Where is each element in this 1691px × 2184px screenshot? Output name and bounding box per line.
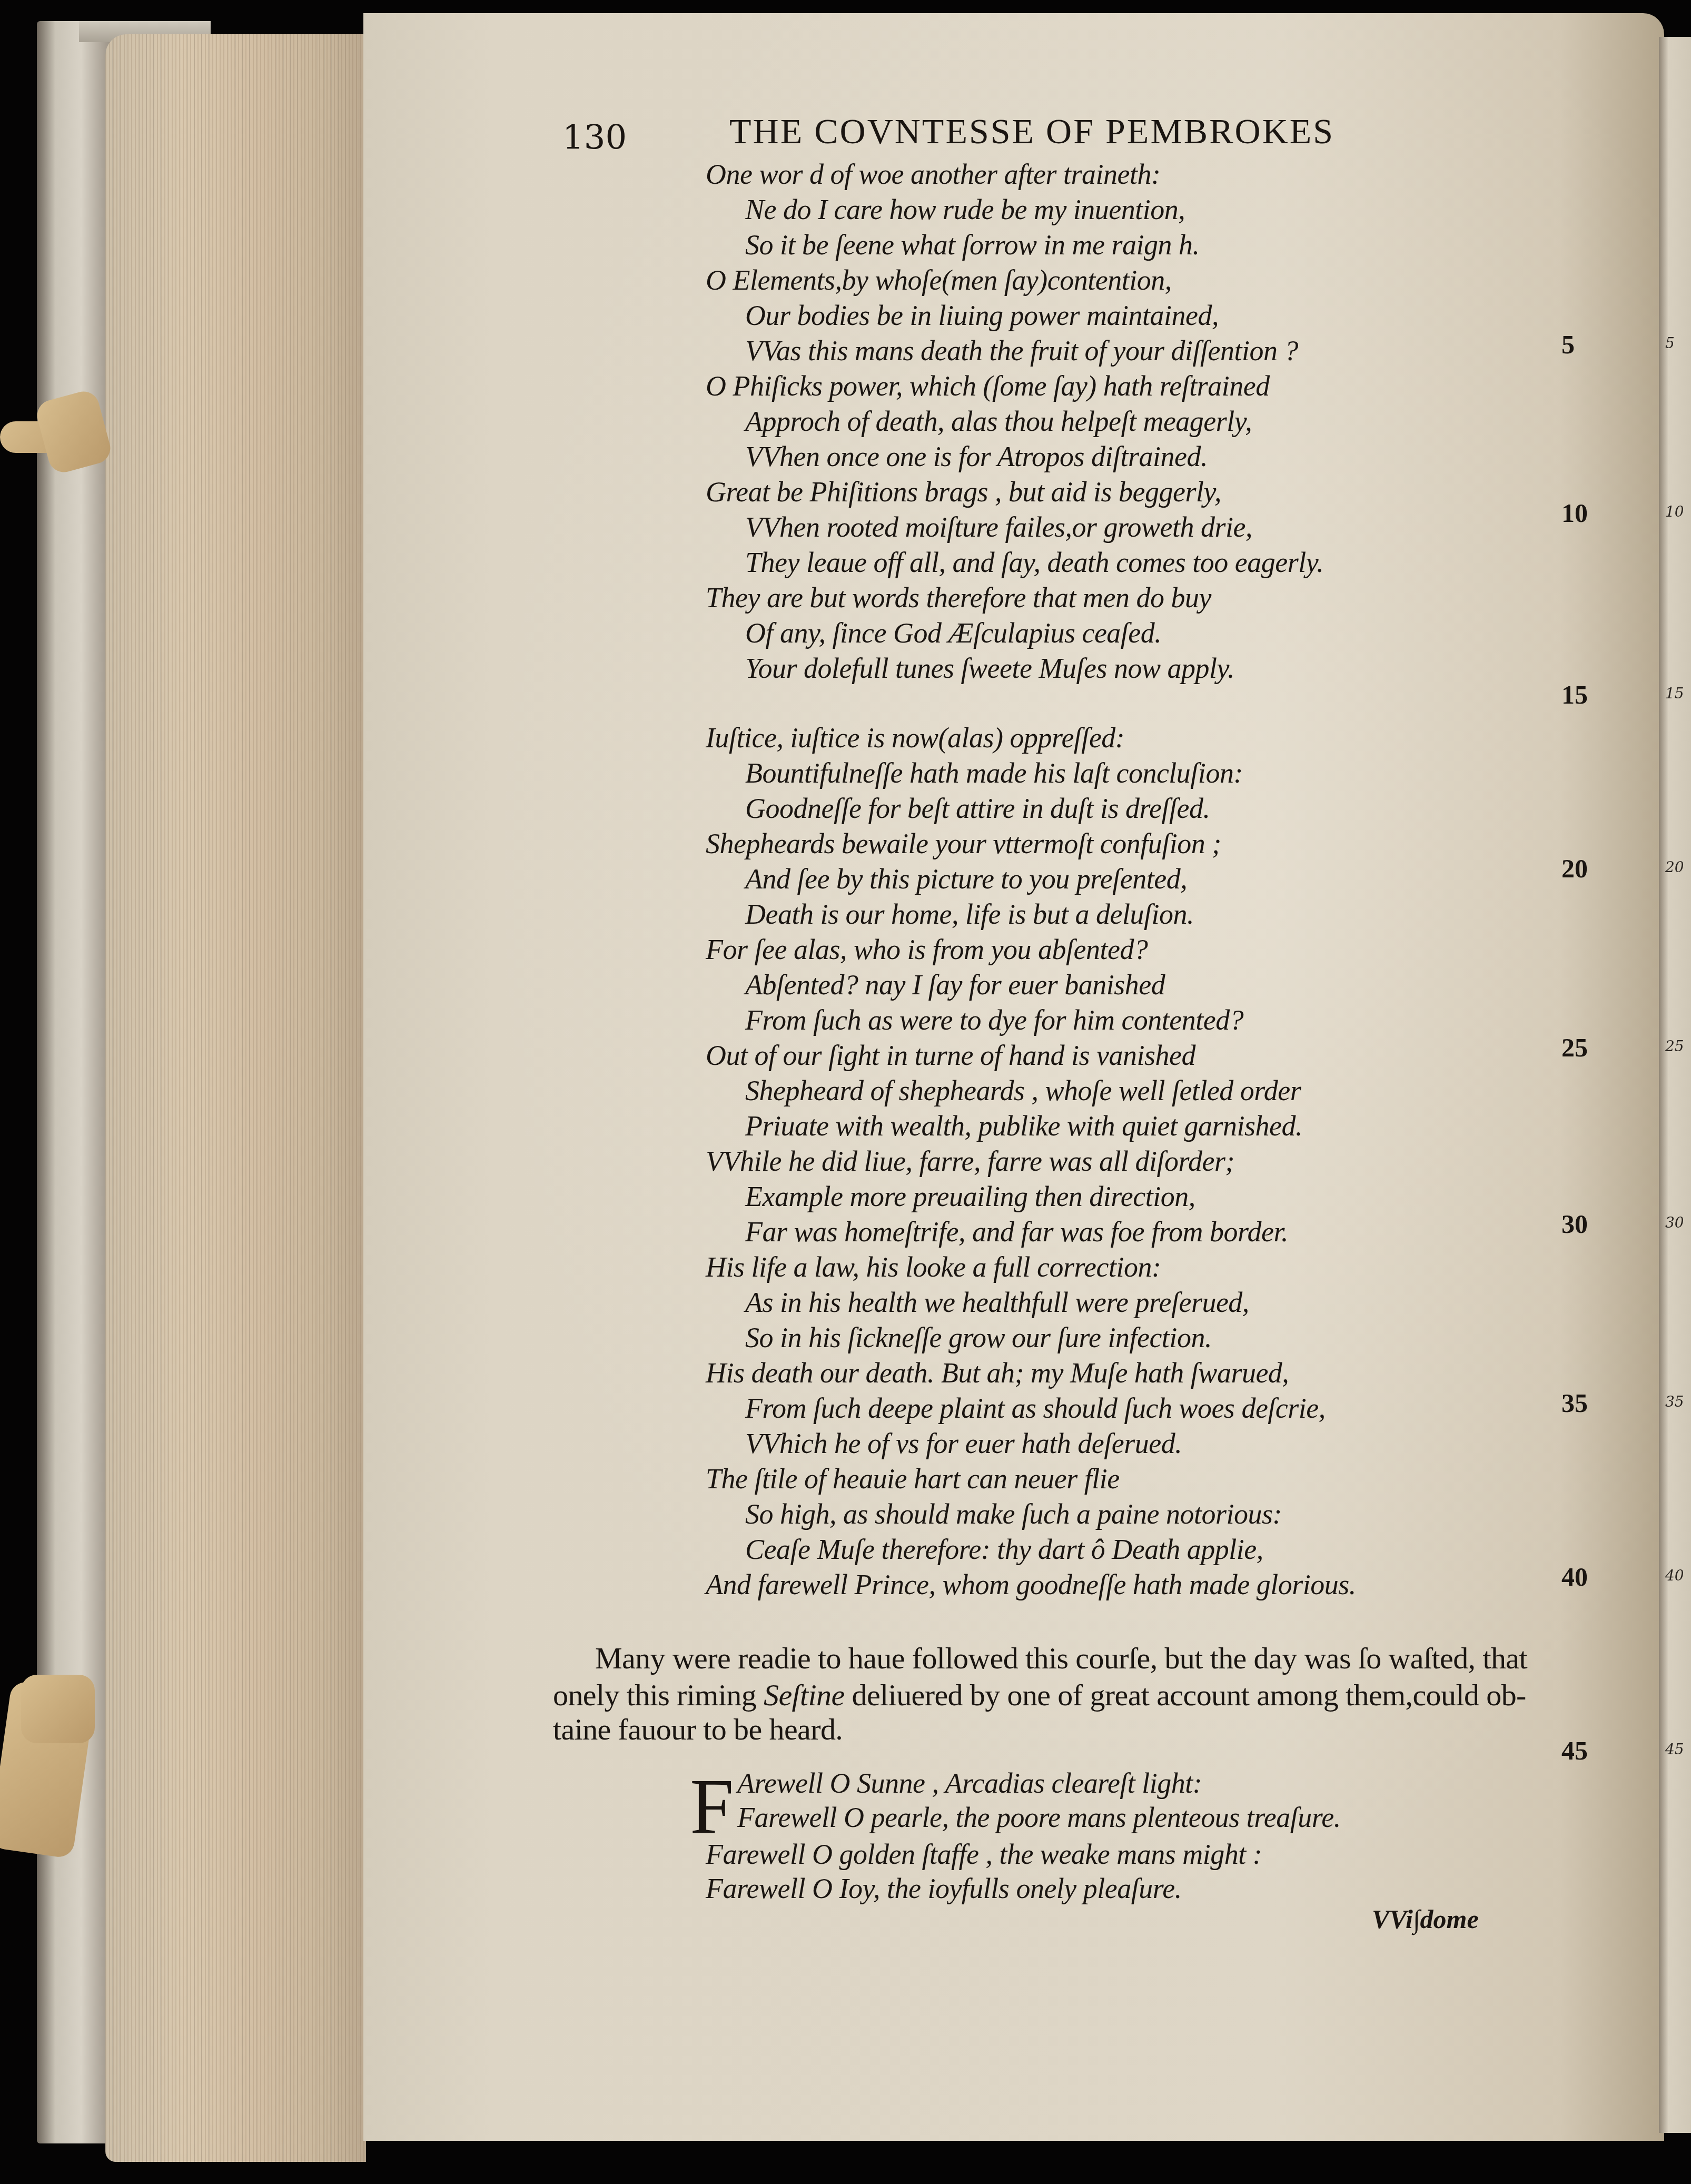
verse-line: Great be Phiſitions brags , but aid is b… <box>706 476 1221 508</box>
next-page-line-number: 30 <box>1665 1214 1684 1231</box>
next-page-line-number: 35 <box>1665 1393 1684 1410</box>
verse-line: The ſtile of heauie hart can neuer flie <box>706 1462 1120 1495</box>
next-page-edge <box>1659 37 1691 2133</box>
prose-line-1: Many were readie to haue followed this c… <box>595 1641 1527 1676</box>
verse-line: And ſee by this picture to you preſented… <box>745 863 1187 895</box>
prose-line-2-start: onely this riming <box>553 1678 764 1712</box>
catchword: VVi∫dome <box>1372 1904 1479 1934</box>
verse-line: Goodneſſe for beſt attire in duſt is dre… <box>745 792 1210 825</box>
sestine-line: Farewell O Ioy, the ioyfulls onely pleaſ… <box>706 1872 1182 1905</box>
verse-line: So high, as should make ſuch a paine not… <box>745 1498 1282 1530</box>
sestine-line: Arewell O Sunne , Arcadias cleareſt ligh… <box>737 1767 1202 1800</box>
verse-line: One wor d of woe another after traineth: <box>706 158 1160 191</box>
sestine-word: Seſtine <box>764 1678 845 1712</box>
verse-line: They leaue off all, and ſay, death comes… <box>745 546 1323 579</box>
next-page-line-number: 5 <box>1665 334 1675 352</box>
verse-line: Far was homeſtrife, and far was foe from… <box>745 1215 1288 1248</box>
next-page-line-number: 20 <box>1665 858 1684 876</box>
verse-line: His death our death. But ah; my Muſe hat… <box>706 1357 1289 1389</box>
verse-line: Shepheards bewaile your vttermoſt confuſ… <box>706 827 1221 860</box>
verse-line: Ceaſe Muſe therefore: thy dart ô Death a… <box>745 1533 1263 1566</box>
verse-line: Of any, ſince God Æſculapius ceaſed. <box>745 617 1161 649</box>
verse-line: VVhen rooted moiſture failes,or groweth … <box>745 511 1252 543</box>
verse-line: Your dolefull tunes ſweete Muſes now app… <box>745 652 1234 685</box>
next-page-line-number: 15 <box>1665 685 1684 702</box>
verse-line: VVhich he of vs for euer hath deſerued. <box>745 1427 1182 1460</box>
cloth-tie-lower-knot <box>21 1675 95 1743</box>
drop-cap: F <box>690 1767 734 1846</box>
prose-line-2: onely this riming Seſtine deliuered by o… <box>553 1677 1526 1713</box>
line-number: 30 <box>1561 1209 1588 1239</box>
verse-line: Bountifulneſſe hath made his laſt conclu… <box>745 757 1243 789</box>
prose-line-3: taine fauour to be heard. <box>553 1712 843 1747</box>
line-number: 5 <box>1561 329 1575 360</box>
verse-line: Ne do I care how rude be my inuention, <box>745 193 1185 226</box>
verse-line: O Phiſicks power, which (ſome ſay) hath … <box>706 370 1270 402</box>
verse-line: VVhile he did liue, farre, farre was all… <box>706 1145 1234 1178</box>
verse-line: O Elements,by whoſe(men ſay)contention, <box>706 264 1172 297</box>
verse-line: Iuſtice, iuſtice is now(alas) oppreſſed: <box>706 722 1124 754</box>
verse-line: As in his health we healthfull were preſ… <box>745 1286 1249 1319</box>
prose-line-2-end: deliuered by one of great account among … <box>845 1678 1526 1712</box>
sestine-line: Farewell O pearle, the poore mans plente… <box>737 1801 1341 1834</box>
verse-line: Death is our home, life is but a deluſio… <box>745 898 1194 931</box>
line-number: 45 <box>1561 1735 1588 1766</box>
sestine-line: Farewell O golden ſtaffe , the weake man… <box>706 1838 1262 1871</box>
line-number: 15 <box>1561 679 1588 710</box>
verse-line: Example more preuailing then direction, <box>745 1180 1195 1213</box>
verse-line: Approch of death, alas thou helpeſt meag… <box>745 405 1252 438</box>
verse-line: VVhen once one is for Atropos diſtrained… <box>745 440 1208 473</box>
line-number: 20 <box>1561 853 1588 884</box>
verse-line: They are but words therefore that men do… <box>706 581 1211 614</box>
line-number: 25 <box>1561 1032 1588 1063</box>
verse-line: VVas this mans death the fruit of your d… <box>745 334 1298 367</box>
verse-line: So in his ſickneſſe grow our ſure infect… <box>745 1321 1212 1354</box>
running-title: THE COVNTESSE OF PEMBROKES <box>729 111 1372 152</box>
verse-line: Priuate with wealth, publike with quiet … <box>745 1110 1302 1142</box>
verse-line: For ſee alas, who is from you abſented? <box>706 933 1148 966</box>
line-number: 35 <box>1561 1388 1588 1418</box>
verse-line: Abſented? nay I ſay for euer banished <box>745 969 1165 1001</box>
line-number: 40 <box>1561 1562 1588 1592</box>
line-number: 10 <box>1561 498 1588 528</box>
verse-line: Our bodies be in liuing power maintained… <box>745 299 1219 332</box>
verse-line: From ſuch deepe plaint as should ſuch wo… <box>745 1392 1326 1425</box>
page-number: 130 <box>562 118 627 157</box>
next-page-line-number: 40 <box>1665 1567 1684 1584</box>
verse-line: His life a law, his looke a full correct… <box>706 1251 1161 1283</box>
verse-line: Shepheard of shepheards , whoſe well ſet… <box>745 1074 1301 1107</box>
verse-line: Out of our ſight in turne of hand is van… <box>706 1039 1195 1072</box>
verse-line: So it be ſeene what ſorrow in me raign h… <box>745 229 1199 261</box>
next-page-line-number: 45 <box>1665 1741 1684 1758</box>
verse-line: From ſuch as were to dye for him content… <box>745 1004 1243 1036</box>
next-page-line-number: 25 <box>1665 1037 1684 1055</box>
verse-line: And farewell Prince, whom goodneſſe hath… <box>706 1568 1356 1601</box>
next-page-line-number: 10 <box>1665 503 1684 520</box>
page-stack-fore-edge <box>105 34 366 2162</box>
